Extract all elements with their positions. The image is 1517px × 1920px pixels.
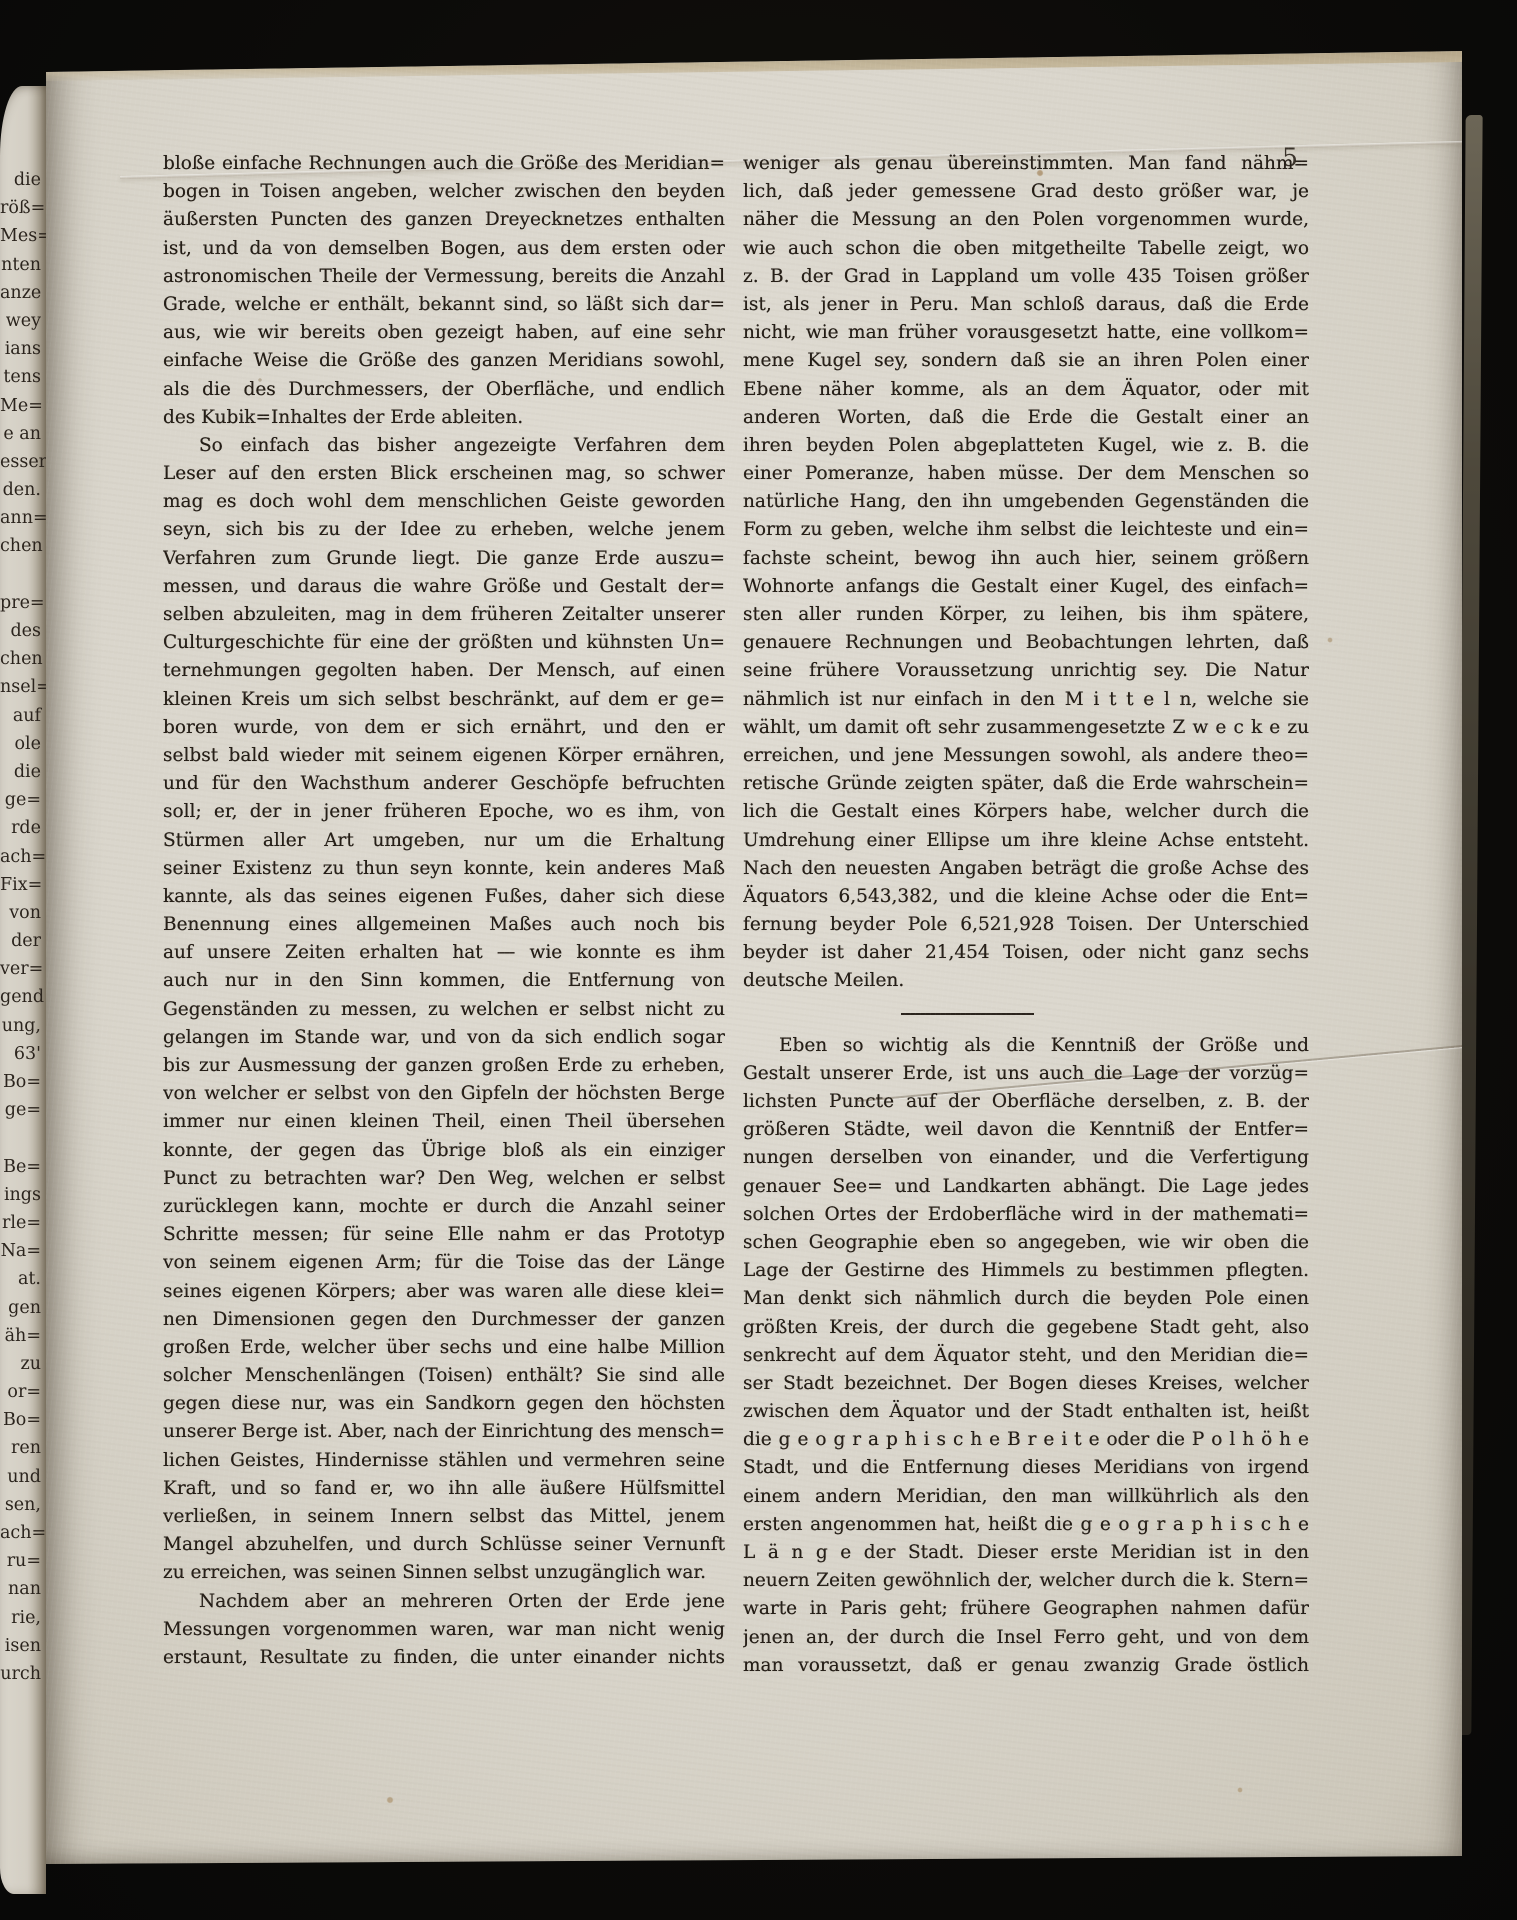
text-line: ihren beyden Polen abgeplatteten Kugel, … — [743, 432, 1309, 460]
margin-fragment: ge= — [0, 786, 46, 814]
text-line: aus, wie wir bereits oben gezeigt haben,… — [163, 319, 725, 347]
margin-fragment: rde — [0, 814, 46, 842]
text-line: Äquators 6,543,382, und die kleine Achse… — [743, 883, 1309, 911]
text-line: deutsche Meilen. — [743, 967, 1309, 995]
text-line: soll; er, der in jener früheren Epoche, … — [163, 798, 725, 826]
text-line: Stürmen aller Art umgeben, nur um die Er… — [163, 827, 725, 855]
text-line: verließen, in seinem Innern selbst das M… — [163, 1503, 725, 1531]
text-line: auf unsere Zeiten erhalten hat — wie kon… — [163, 939, 725, 967]
text-line: Nachdem aber an mehreren Orten der Erde … — [163, 1588, 725, 1616]
margin-fragment: rle= — [0, 1209, 46, 1237]
margin-fragment: 63' — [0, 1040, 46, 1068]
margin-fragment: äh= — [0, 1322, 46, 1350]
text-line: weniger als genau übereinstimmten. Man f… — [743, 150, 1309, 178]
margin-fragment: des — [0, 617, 46, 645]
text-line: wie auch schon die oben mitgetheilte Tab… — [743, 235, 1309, 263]
text-line: größten Kreis, der durch die gegebene St… — [743, 1314, 1309, 1342]
text-line: schen Geographie eben so angegeben, wie … — [743, 1229, 1309, 1257]
text-line: jenen an, der durch die Insel Ferro geht… — [743, 1624, 1309, 1652]
text-line: bloße einfache Rechnungen auch die Größe… — [163, 150, 725, 178]
text-line: Gestalt unserer Erde, ist uns auch die L… — [743, 1060, 1309, 1088]
text-line: Benennung eines allgemeinen Maßes auch n… — [163, 911, 725, 939]
text-line: Kraft, und so fand er, wo ihn alle äußer… — [163, 1475, 725, 1503]
text-line: z. B. der Grad in Lappland um volle 435 … — [743, 263, 1309, 291]
margin-fragment: Bo= — [0, 1068, 46, 1096]
margin-fragment: ung, — [0, 1012, 46, 1040]
margin-fragment: ren — [0, 1434, 46, 1462]
margin-fragment: Me= — [0, 392, 46, 420]
text-line: ser Stadt bezeichnet. Der Bogen dieses K… — [743, 1370, 1309, 1398]
text-line: und für den Wachsthum anderer Geschöpfe … — [163, 770, 725, 798]
margin-fragment: rie, — [0, 1604, 46, 1632]
margin-fragment: ann= — [0, 504, 46, 532]
text-line: L ä n g e der Stadt. Dieser erste Meridi… — [743, 1539, 1309, 1567]
text-line: Messungen vorgenommen waren, war man nic… — [163, 1616, 725, 1644]
text-line: anderen Worten, daß die Erde die Gestalt… — [743, 404, 1309, 432]
text-line: Man denkt sich nähmlich durch die beyden… — [743, 1285, 1309, 1313]
facing-page-edge: dieröß=Mes=ntenanzeweyianstensMe=e aness… — [0, 86, 46, 1894]
margin-fragment: pre= — [0, 589, 46, 617]
text-line: nähmlich ist nur einfach in den M i t t … — [743, 686, 1309, 714]
margin-fragment: ach= — [0, 1519, 46, 1547]
text-line: retische Gründe zeigten später, daß die … — [743, 770, 1309, 798]
margin-fragment: die — [0, 758, 46, 786]
text-line: senkrecht auf dem Äquator steht, und den… — [743, 1342, 1309, 1370]
text-line: Lage der Gestirne des Himmels zu bestimm… — [743, 1257, 1309, 1285]
text-line: ist, als jener in Peru. Man schloß darau… — [743, 291, 1309, 319]
text-line: Eben so wichtig als die Kenntniß der Grö… — [743, 1032, 1309, 1060]
text-line: Culturgeschichte für eine der größten un… — [163, 629, 725, 657]
margin-fragment: sen, — [0, 1491, 46, 1519]
text-line: Ebene näher komme, als an dem Äquator, o… — [743, 376, 1309, 404]
margin-fragment: den. — [0, 476, 46, 504]
text-line: großen Erde, welcher über sechs und eine… — [163, 1334, 725, 1362]
text-line: mene Kugel sey, sondern daß sie an ihren… — [743, 347, 1309, 375]
text-line: kannte, als das seines eigenen Fußes, da… — [163, 883, 725, 911]
margin-fragment: auf — [0, 702, 46, 730]
text-line: astronomischen Theile der Vermessung, be… — [163, 263, 725, 291]
margin-fragment — [0, 1124, 46, 1152]
page-top-edge — [46, 48, 1462, 84]
text-line: Wohnorte anfangs die Gestalt einer Kugel… — [743, 573, 1309, 601]
text-line: des Kubik=Inhaltes der Erde ableiten. — [163, 404, 725, 432]
margin-fragment: wey — [0, 307, 46, 335]
margin-fragment: Be= — [0, 1153, 46, 1181]
margin-fragment: at. — [0, 1265, 46, 1293]
text-line: Mangel abzuhelfen, und durch Schlüsse se… — [163, 1531, 725, 1559]
margin-fragment: ole — [0, 730, 46, 758]
text-line: ist, und da von demselben Bogen, aus dem… — [163, 235, 725, 263]
text-line: nicht, wie man früher vorausgesetzt hatt… — [743, 319, 1309, 347]
text-line: gelangen im Stande war, und von da sich … — [163, 1024, 725, 1052]
text-line: So einfach das bisher angezeigte Verfahr… — [163, 432, 725, 460]
text-line: zurücklegen kann, mochte er durch die An… — [163, 1193, 725, 1221]
text-line: selbst bald wieder mit seinem eigenen Kö… — [163, 742, 725, 770]
margin-fragment: zu — [0, 1350, 46, 1378]
text-line: lich die Gestalt eines Körpers habe, wel… — [743, 798, 1309, 826]
margin-fragment: tens — [0, 363, 46, 391]
text-line: man voraussetzt, daß er genau zwanzig Gr… — [743, 1652, 1309, 1680]
margin-fragment: isen — [0, 1632, 46, 1660]
text-line: seyn, sich bis zu der Idee zu erheben, w… — [163, 516, 725, 544]
margin-fragment: gen — [0, 1294, 46, 1322]
text-line: Punct zu betrachten war? Den Weg, welche… — [163, 1165, 725, 1193]
margin-fragment: der — [0, 927, 46, 955]
text-line: größeren Städte, weil davon die Kenntniß… — [743, 1116, 1309, 1144]
text-line: als die des Durchmessers, der Oberfläche… — [163, 376, 725, 404]
margin-fragment: gend — [0, 983, 46, 1011]
margin-fragment: urch — [0, 1660, 46, 1688]
text-line: einfache Weise die Größe des ganzen Meri… — [163, 347, 725, 375]
text-line: konnte, der gegen das Übrige bloß als ei… — [163, 1137, 725, 1165]
margin-fragment: nten — [0, 251, 46, 279]
text-line: selben abzuleiten, mag in dem früheren Z… — [163, 601, 725, 629]
text-line: genauere Rechnungen und Beobachtungen le… — [743, 629, 1309, 657]
text-line: erreichen, und jene Messungen sowohl, al… — [743, 742, 1309, 770]
margin-fragment: Bo= — [0, 1406, 46, 1434]
text-line: ternehmungen gegolten haben. Der Mensch,… — [163, 657, 725, 685]
text-line: natürliche Hang, den ihn umgebenden Gege… — [743, 488, 1309, 516]
text-line: Form zu geben, welche ihm selbst die lei… — [743, 516, 1309, 544]
text-line: zwischen dem Äquator und der Stadt entha… — [743, 1398, 1309, 1426]
text-line: von welcher er selbst von den Gipfeln de… — [163, 1080, 725, 1108]
margin-fragment: ver= — [0, 955, 46, 983]
margin-fragment: von — [0, 899, 46, 927]
text-line: lich, daß jeder gemessene Grad desto grö… — [743, 178, 1309, 206]
margin-fragment: und — [0, 1463, 46, 1491]
text-line: kleinen Kreis um sich selbst beschränkt,… — [163, 686, 725, 714]
book-page: 5 bloße einfache Rechnungen auch die Grö… — [46, 48, 1462, 1866]
text-line: gegen diese nur, was ein Sandkorn gegen … — [163, 1390, 725, 1418]
margin-fragment: esser — [0, 448, 46, 476]
text-column-right: weniger als genau übereinstimmten. Man f… — [743, 150, 1309, 1680]
section-rule — [743, 996, 1309, 1032]
text-line: lichen Geistes, Hindernisse stählen und … — [163, 1447, 725, 1475]
text-line: neuern Zeiten gewöhnlich der, welcher du… — [743, 1567, 1309, 1595]
text-line: zu erreichen, was seinen Sinnen selbst u… — [163, 1559, 725, 1587]
margin-fragment: ians — [0, 335, 46, 363]
text-line: warte in Paris geht; frühere Geographen … — [743, 1595, 1309, 1623]
text-column-left: bloße einfache Rechnungen auch die Größe… — [163, 150, 725, 1672]
text-line: immer nur einen kleinen Theil, einen The… — [163, 1108, 725, 1136]
text-line: Gegenständen zu messen, zu welchen er se… — [163, 996, 725, 1024]
text-line: Stadt, und die Entfernung dieses Meridia… — [743, 1454, 1309, 1482]
margin-fragment: ach= — [0, 843, 46, 871]
text-line: Grade, welche er enthält, bekannt sind, … — [163, 291, 725, 319]
text-line: nen Dimensionen gegen den Durchmesser de… — [163, 1306, 725, 1334]
margin-fragment: anze — [0, 279, 46, 307]
text-line: äußersten Puncten des ganzen Dreyecknetz… — [163, 206, 725, 234]
margin-fragment: die — [0, 166, 46, 194]
text-line: seiner Existenz zu thun seyn konnte, kei… — [163, 855, 725, 883]
margin-fragment: Fix= — [0, 871, 46, 899]
text-line: einer Pomeranze, haben müsse. Der dem Me… — [743, 460, 1309, 488]
text-line: lichsten Puncte auf der Oberfläche derse… — [743, 1088, 1309, 1116]
text-line: näher die Messung an den Polen vorgenomm… — [743, 206, 1309, 234]
text-line: unserer Berge ist. Aber, nach der Einric… — [163, 1418, 725, 1446]
text-line: ersten angenommen hat, heißt die g e o g… — [743, 1511, 1309, 1539]
margin-fragment: or= — [0, 1378, 46, 1406]
margin-fragments: dieröß=Mes=ntenanzeweyianstensMe=e aness… — [0, 86, 46, 1688]
text-line: auch nur in den Sinn kommen, die Entfern… — [163, 967, 725, 995]
text-line: beyder ist daher 21,454 Toisen, oder nic… — [743, 939, 1309, 967]
text-line: bogen in Toisen angeben, welcher zwische… — [163, 178, 725, 206]
text-line: mag es doch wohl dem menschlichen Geiste… — [163, 488, 725, 516]
text-line: Leser auf den ersten Blick erscheinen ma… — [163, 460, 725, 488]
text-line: einem andern Meridian, den man willkührl… — [743, 1483, 1309, 1511]
text-line: nungen derselben von einander, und die V… — [743, 1144, 1309, 1172]
text-line: Verfahren zum Grunde liegt. Die ganze Er… — [163, 545, 725, 573]
text-line: messen, und daraus die wahre Größe und G… — [163, 573, 725, 601]
margin-fragment: nan — [0, 1575, 46, 1603]
margin-fragment: ru= — [0, 1547, 46, 1575]
margin-fragment: nsel= — [0, 673, 46, 701]
text-line: sten aller runden Körper, zu leihen, bis… — [743, 601, 1309, 629]
text-line: seine frühere Voraussetzung unrichtig se… — [743, 657, 1309, 685]
text-line: Umdrehung einer Ellipse um ihre kleine A… — [743, 827, 1309, 855]
text-line: bis zur Ausmessung der ganzen großen Erd… — [163, 1052, 725, 1080]
text-line: Schritte messen; für seine Elle nahm er … — [163, 1221, 725, 1249]
text-line: solchen Ortes der Erdoberfläche wird in … — [743, 1201, 1309, 1229]
scan-backdrop: { "page_number": "5", "colors": { "backd… — [0, 0, 1517, 1920]
margin-fragment: chen — [0, 645, 46, 673]
margin-fragment — [0, 561, 46, 589]
text-line: fachste scheint, bewog ihn auch hier, se… — [743, 545, 1309, 573]
text-line: die g e o g r a p h i s c h e B r e i t … — [743, 1426, 1309, 1454]
text-line: boren wurde, von dem er sich ernährt, un… — [163, 714, 725, 742]
text-line: erstaunt, Resultate zu finden, die unter… — [163, 1644, 725, 1672]
margin-fragment: Mes= — [0, 222, 46, 250]
margin-fragment: e an — [0, 420, 46, 448]
text-line: wählt, um damit oft sehr zusammengesetzt… — [743, 714, 1309, 742]
text-line: genauer See= und Landkarten abhängt. Die… — [743, 1173, 1309, 1201]
text-line: von seinem eigenen Arm; für die Toise da… — [163, 1249, 725, 1277]
margin-fragment: chen — [0, 532, 46, 560]
margin-fragment: röß= — [0, 194, 46, 222]
margin-fragment: ings — [0, 1181, 46, 1209]
text-line: Nach den neuesten Angaben beträgt die gr… — [743, 855, 1309, 883]
text-line: fernung beyder Pole 6,521,928 Toisen. De… — [743, 911, 1309, 939]
margin-fragment: Na= — [0, 1237, 46, 1265]
margin-fragment: ge= — [0, 1096, 46, 1124]
text-line: solcher Menschenlängen (Toisen) enthält?… — [163, 1362, 725, 1390]
text-line: seines eigenen Körpers; aber was waren a… — [163, 1278, 725, 1306]
